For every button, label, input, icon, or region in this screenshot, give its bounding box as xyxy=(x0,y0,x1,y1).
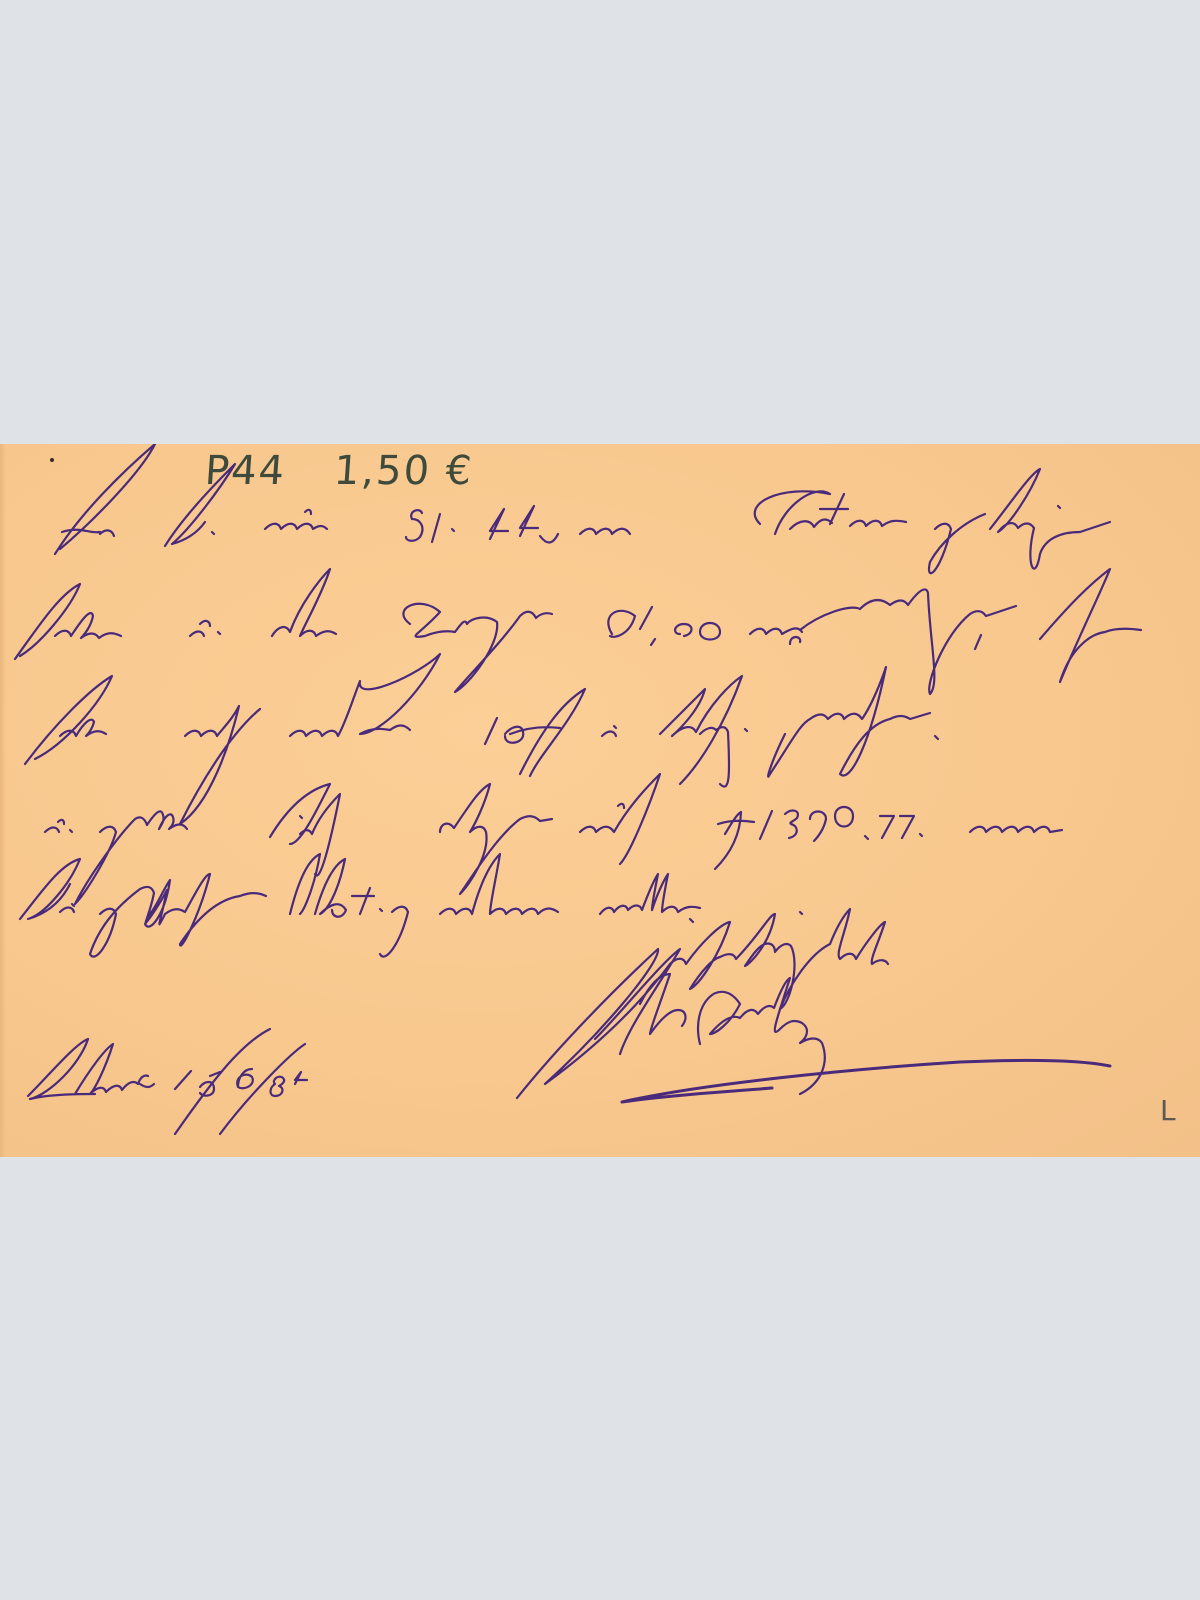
corner-mark: L xyxy=(1160,1094,1176,1127)
body-line-1: Da Sie nur 51.44 von Factura gekürzt xyxy=(55,499,552,529)
body-line-2: haben u. der Lieferung 61.50 in Abrechnu… xyxy=(20,604,655,634)
postcard: P441,50 € xyxy=(0,444,1200,1157)
closing: Hochachtungsvoll xyxy=(640,949,877,979)
place: Hard xyxy=(30,1059,97,1089)
body-line-4: u. stellt sich daher auf fr 1390.77. wom… xyxy=(45,799,585,829)
closing-and-signature xyxy=(517,909,1110,1102)
body-line-3: habe noch weitere 10₰ u. Abzug gebracht. xyxy=(30,704,587,734)
signature: [signature, illegible] xyxy=(690,1009,958,1039)
body-line-5: Sie gefälligst Notiz nehmen wollen. xyxy=(20,884,489,914)
date: 15/6/84 xyxy=(180,1059,280,1089)
